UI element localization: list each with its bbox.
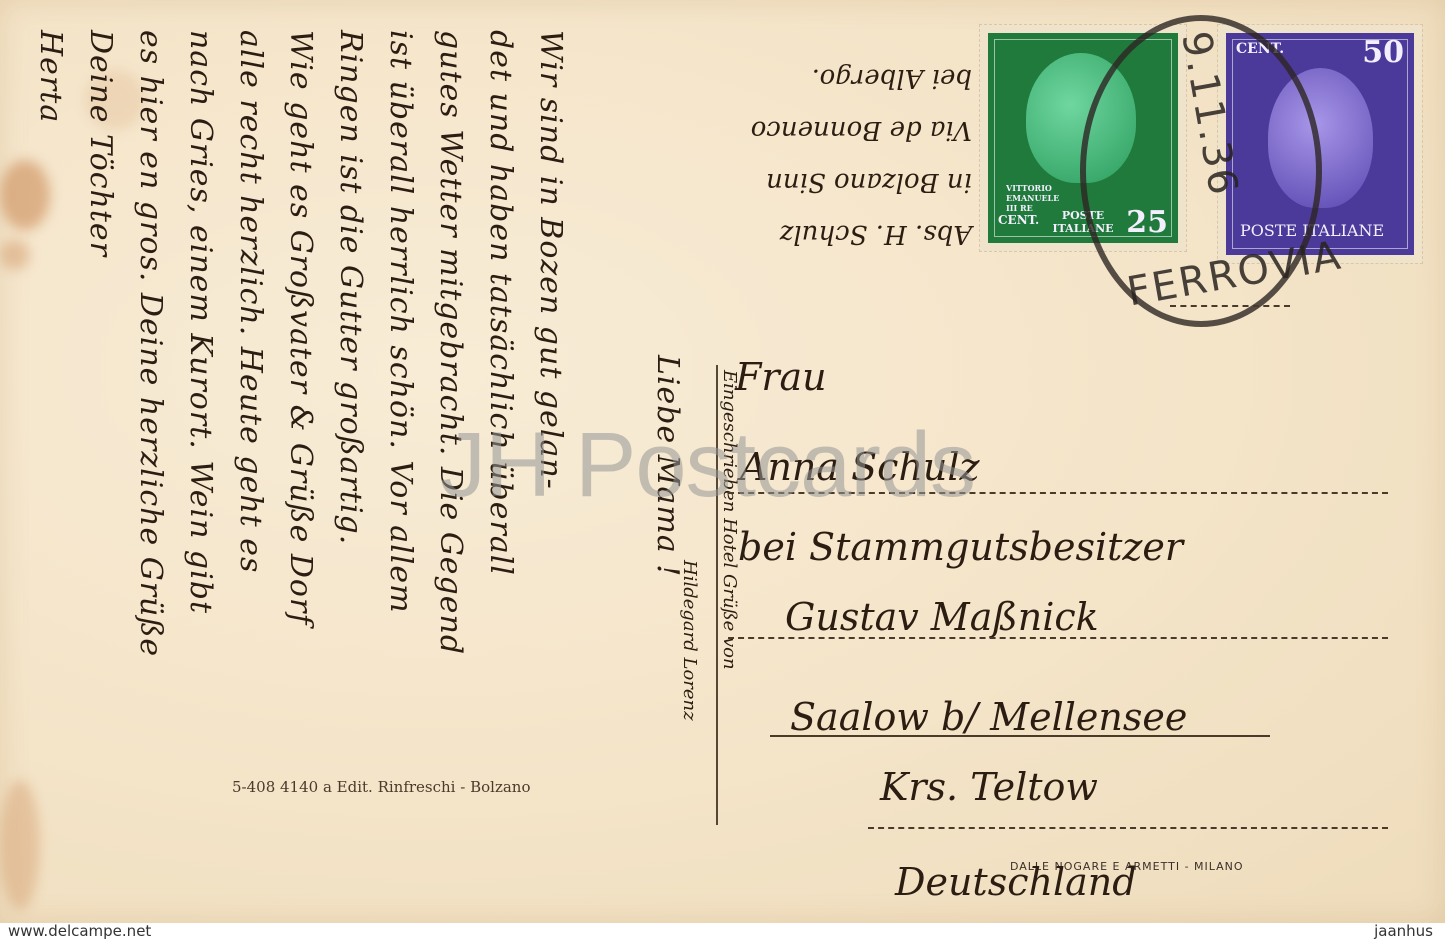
address-line bbox=[728, 637, 1388, 639]
sender-note-line: Abs. H. Schulz bbox=[612, 208, 972, 260]
message-line: gutes Wetter mitgebracht. Die Gegend bbox=[433, 30, 468, 655]
message-line: es hier en gros. Deine herzliche Grüße bbox=[133, 30, 168, 657]
address-salutation: Frau bbox=[735, 355, 827, 399]
sender-note-line: in Bolzano Sinn bbox=[612, 156, 972, 208]
postcard-back: Liebe Mama ! Wir sind in Bozen gut gelan… bbox=[0, 0, 1445, 923]
message-line: Wie geht es Großvater & Grüße Dorf bbox=[283, 30, 318, 625]
message-line: Deine Töchter bbox=[83, 30, 118, 257]
address-line-4: Saalow b/ Mellensee bbox=[790, 695, 1187, 739]
underline bbox=[770, 735, 1270, 737]
postmark-text: FERROVIA bbox=[1124, 232, 1346, 315]
sender-note-upside-down: Abs. H. Schulz in Bolzano Sinn Via de Bo… bbox=[612, 40, 972, 260]
message-line: Herta bbox=[33, 30, 68, 123]
address-line-3: Gustav Maßnick bbox=[785, 595, 1099, 639]
divider-note: Hildegard Lorenz bbox=[679, 560, 700, 721]
source-link[interactable]: www.delcampe.net bbox=[8, 922, 151, 940]
stamp-denomination: 50 bbox=[1362, 35, 1404, 70]
message-line: Ringen ist die Gutter großartig. bbox=[333, 30, 368, 545]
message-line: nach Gries, einem Kurort. Wein gibt bbox=[183, 30, 218, 614]
watermark: JH Postcards bbox=[440, 413, 975, 518]
stamp-cent-label: CENT. bbox=[998, 213, 1039, 227]
address-line-5: Krs. Teltow bbox=[880, 765, 1098, 809]
message-line: alle recht herzlich. Heute geht es bbox=[233, 30, 268, 573]
dashed-line bbox=[1170, 305, 1290, 307]
sender-note-line: Via de Bonnenco bbox=[612, 104, 972, 156]
address-line-2: bei Stammgutsbesitzer bbox=[738, 525, 1183, 569]
sender-note-line: bei Albergo. bbox=[612, 52, 972, 104]
message-line: ist überall herrlich schön. Vor allem bbox=[383, 30, 418, 614]
postmark-date: 9.11.36 bbox=[1172, 28, 1246, 200]
address-line bbox=[868, 827, 1388, 829]
publisher-imprint: 5-408 4140 a Edit. Rinfreschi - Bolzano bbox=[232, 778, 530, 796]
postmark-cancellation: 9.11.36 FERROVIA bbox=[1080, 15, 1322, 327]
seller-name: jaanhus bbox=[1374, 922, 1433, 940]
address-country: Deutschland bbox=[895, 860, 1137, 904]
